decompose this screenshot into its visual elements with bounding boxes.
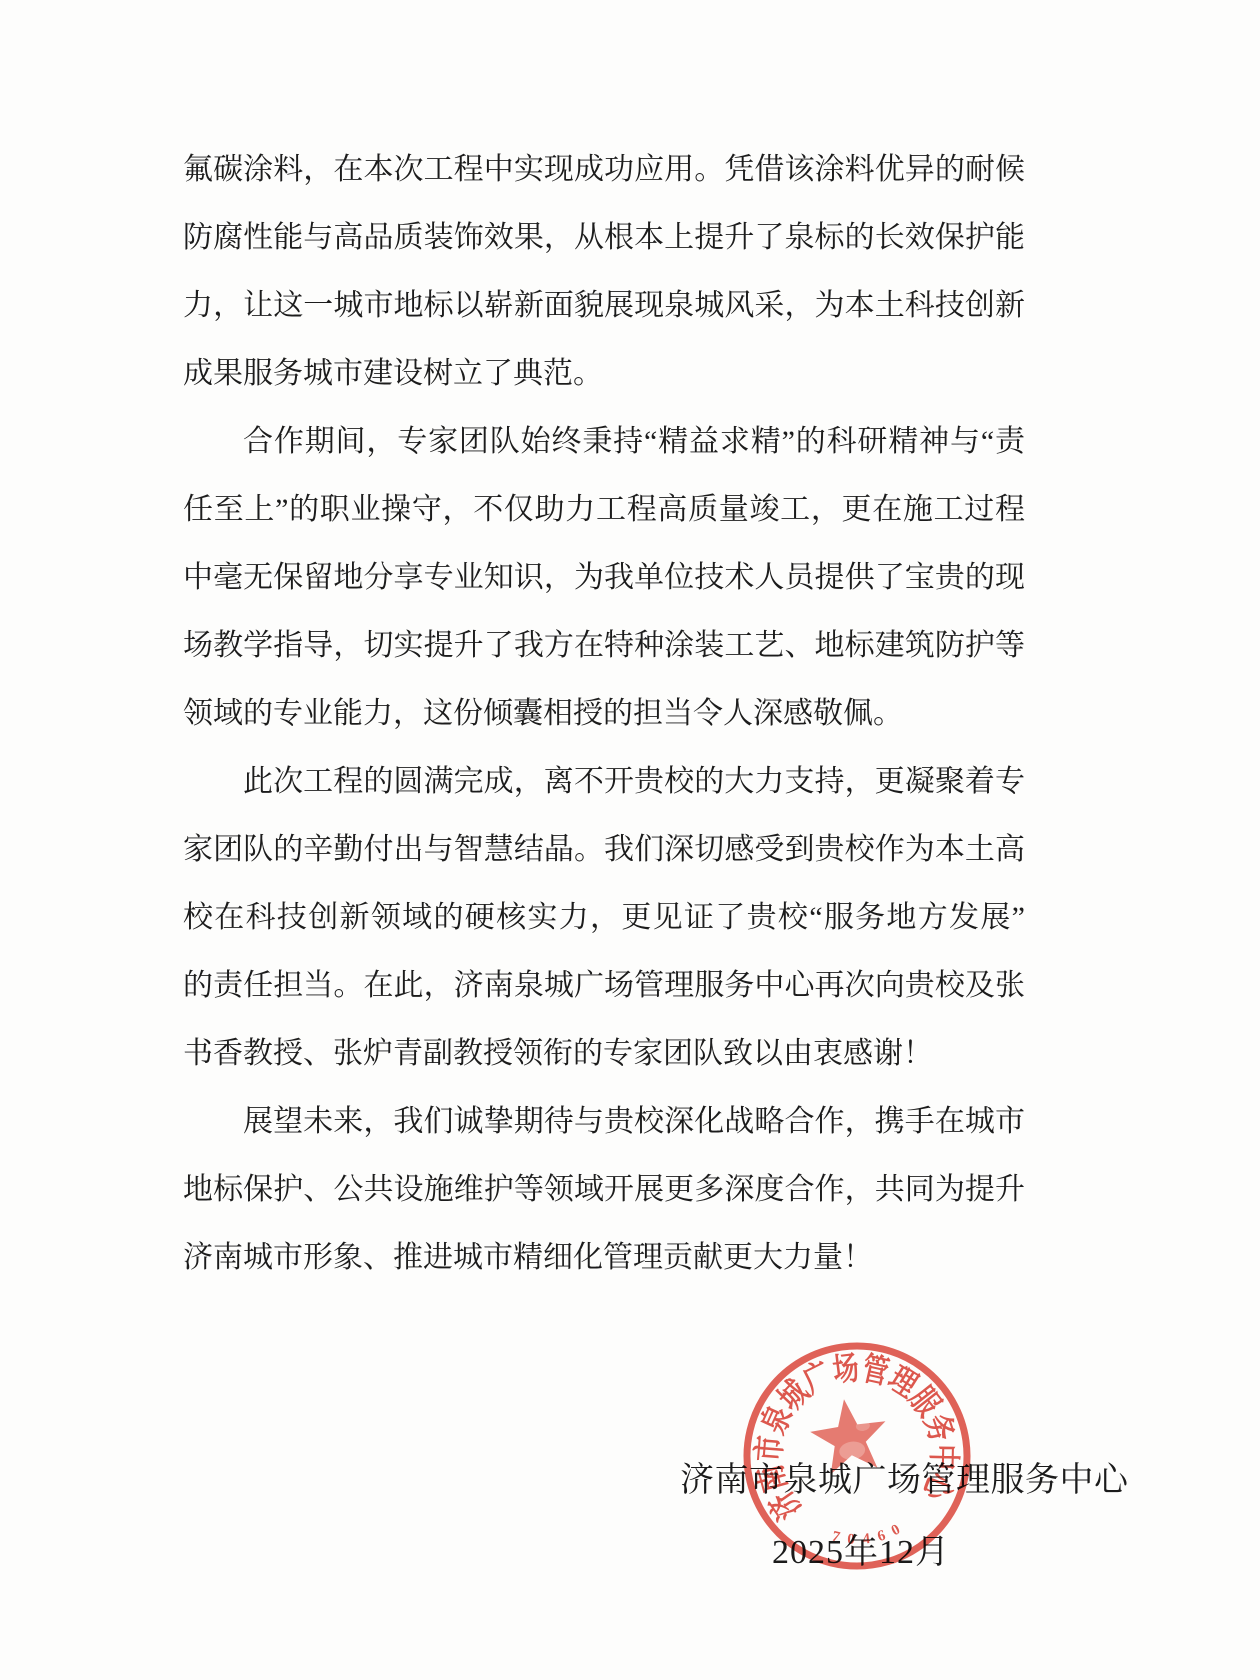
body-line: 氟碳涂料，在本次工程中实现成功应用。凭借该涂料优异的耐候 (183, 136, 1025, 204)
official-seal: 济南市泉城广场管理服务中心 70460 (710, 1309, 1004, 1603)
body-line: 任至上”的职业操守，不仅助力工程高质量竣工，更在施工过程 (183, 476, 1025, 544)
body-line: 力，让这一城市地标以崭新面貌展现泉城风采，为本土科技创新 (183, 272, 1025, 340)
body-line: 展望未来，我们诚挚期待与贵校深化战略合作，携手在城市 (183, 1088, 1025, 1156)
body-line: 场教学指导，切实提升了我方在特种涂装工艺、地标建筑防护等 (183, 612, 1025, 680)
body-line: 中毫无保留地分享专业知识，为我单位技术人员提供了宝贵的现 (183, 544, 1025, 612)
body-line: 校在科技创新领域的硬核实力，更见证了贵校“服务地方发展” (183, 884, 1025, 952)
body-line: 成果服务城市建设树立了典范。 (183, 340, 1025, 408)
body-line: 济南城市形象、推进城市精细化管理贡献更大力量！ (183, 1224, 1025, 1292)
letter-page: 氟碳涂料，在本次工程中实现成功应用。凭借该涂料优异的耐候 防腐性能与高品质装饰效… (0, 0, 1260, 1680)
body-line: 合作期间，专家团队始终秉持“精益求精”的科研精神与“责 (183, 408, 1025, 476)
letter-body: 氟碳涂料，在本次工程中实现成功应用。凭借该涂料优异的耐候 防腐性能与高品质装饰效… (183, 136, 1025, 1292)
body-line: 的责任担当。在此，济南泉城广场管理服务中心再次向贵校及张 (183, 952, 1025, 1020)
body-line: 地标保护、公共设施维护等领域开展更多深度合作，共同为提升 (183, 1156, 1025, 1224)
body-line: 此次工程的圆满完成，离不开贵校的大力支持，更凝聚着专 (183, 748, 1025, 816)
body-line: 领域的专业能力，这份倾囊相授的担当令人深感敬佩。 (183, 680, 1025, 748)
star-icon (806, 1394, 891, 1476)
seal-code: 70460 (828, 1519, 904, 1552)
body-line: 书香教授、张炉青副教授领衔的专家团队致以由衷感谢！ (183, 1020, 1025, 1088)
body-line: 家团队的辛勤付出与智慧结晶。我们深切感受到贵校作为本土高 (183, 816, 1025, 884)
body-line: 防腐性能与高品质装饰效果，从根本上提升了泉标的长效保护能 (183, 204, 1025, 272)
